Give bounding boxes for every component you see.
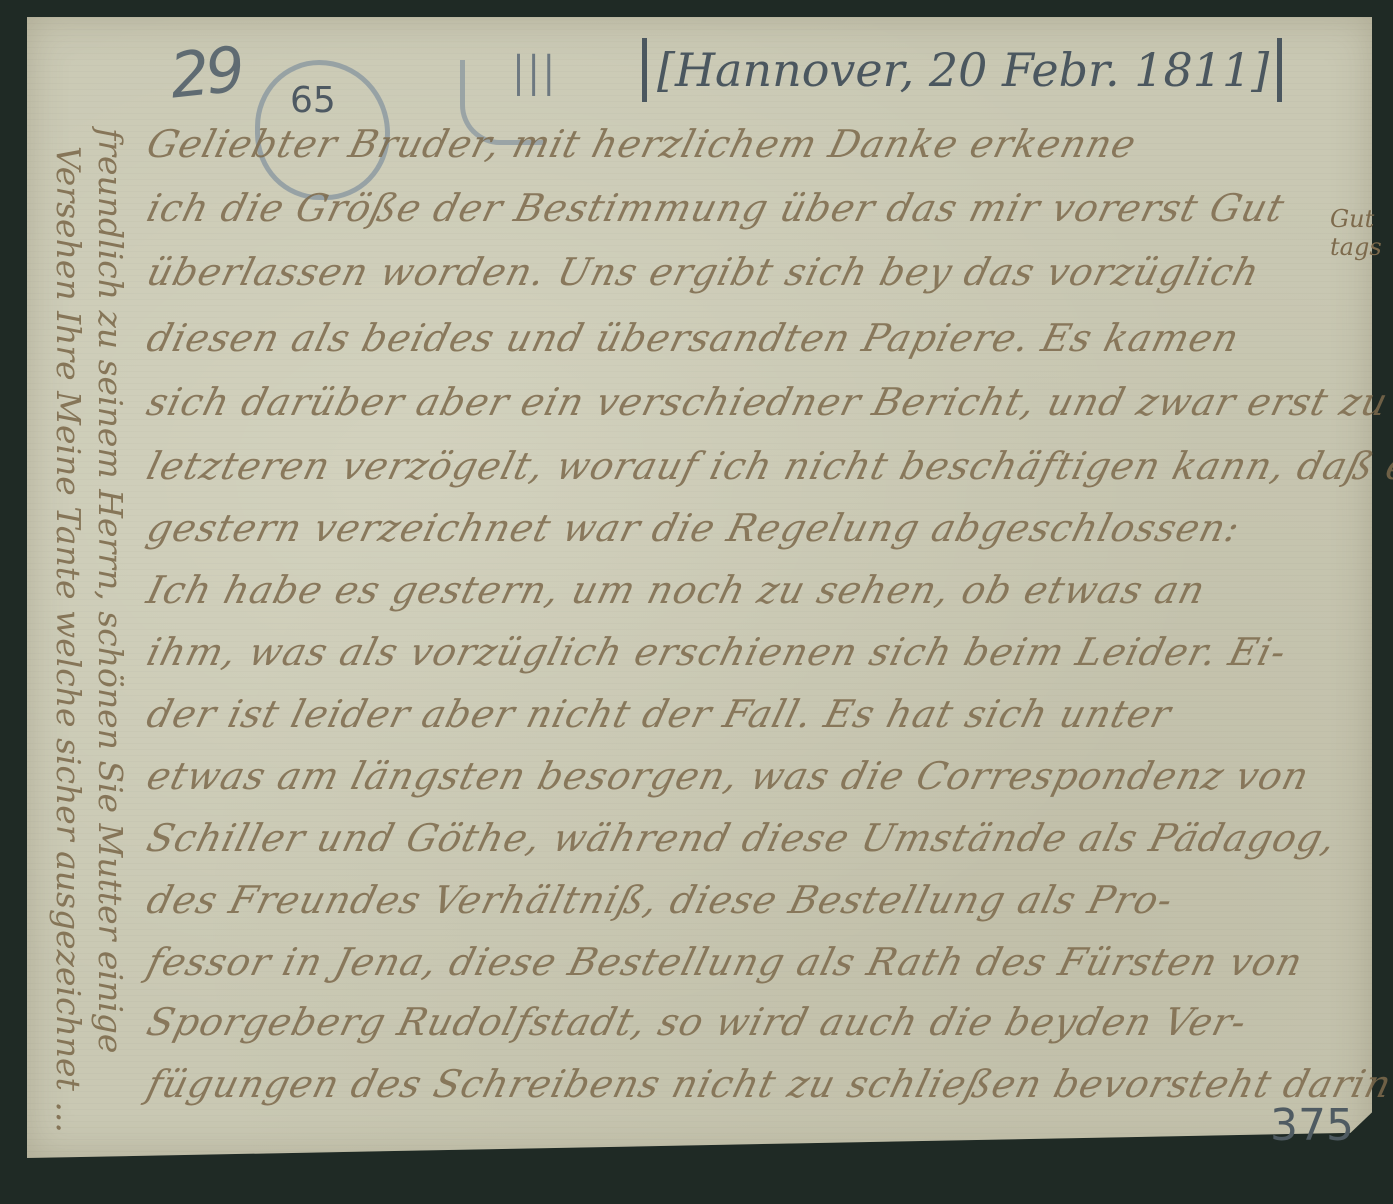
archive-number: 29 (166, 32, 244, 112)
page-number: 375 (1270, 1100, 1354, 1151)
body-line: etwas am längsten besorgen, was die Corr… (143, 754, 1354, 798)
body-line: Schiller und Göthe, während diese Umstän… (143, 816, 1354, 860)
margin-note: Versehen Ihre Meine Tante welche sicher … (49, 146, 88, 1133)
body-line: überlassen worden. Uns ergibt sich bey d… (143, 250, 1354, 294)
body-line: gestern verzeichnet war die Regelung abg… (143, 506, 1354, 550)
body-line: Ich habe es gestern, um noch zu sehen, o… (143, 568, 1354, 612)
body-line: Sporgeberg Rudolfstadt, so wird auch die… (143, 1000, 1354, 1044)
body-line: der ist leider aber nicht der Fall. Es h… (143, 692, 1354, 736)
body-line: ich die Größe der Bestimmung über das mi… (143, 186, 1354, 230)
body-line: letzteren verzögelt, worauf ich nicht be… (143, 444, 1354, 488)
body-line: fessor in Jena, diese Bestellung als Rat… (143, 940, 1354, 984)
body-line: diesen als beides und übersandten Papier… (143, 316, 1354, 360)
date-annotation: [Hannover, 20 Febr. 1811] (642, 38, 1282, 102)
body-line: Geliebter Bruder, mit herzlichem Danke e… (143, 122, 1354, 166)
circled-number: 65 (290, 80, 336, 121)
body-line: ihm, was als vorzüglich erschienen sich … (143, 630, 1354, 674)
body-line: fügungen des Schreibens nicht zu schließ… (143, 1062, 1354, 1106)
side-note: Gut tags (1330, 205, 1393, 261)
margin-note: freundlich zu seinem Herrn, schönen Sie … (91, 128, 130, 1053)
body-line: des Freundes Verhältniß, diese Bestellun… (143, 878, 1354, 922)
body-line: sich darüber aber ein verschiedner Beric… (143, 380, 1354, 424)
roman-numeral-mark: III (510, 42, 555, 110)
